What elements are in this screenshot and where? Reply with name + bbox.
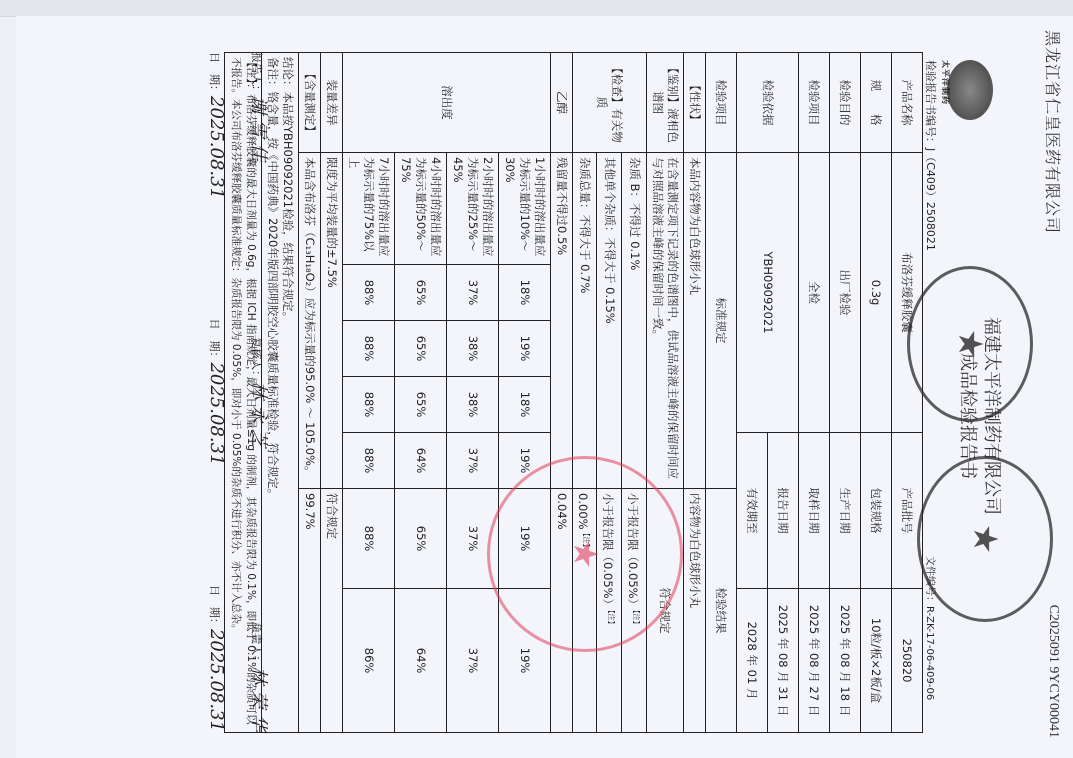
dissolution-value: 88% (342, 377, 394, 433)
report-date: 2025 年 08 月 31 日 (768, 589, 799, 733)
scan-edge (0, 0, 1073, 17)
dissolution-value: 88% (342, 433, 394, 489)
reviewer-date: 日 期：2025.08.31 (206, 318, 227, 465)
standard-dissolution: 4小时时的溶出量应为标示量的50%～75% (394, 153, 446, 265)
reporter-label: 报告人： (250, 52, 263, 96)
label-report-date: 报告日期 (768, 433, 799, 589)
info-row: 检验项目 全检 取样日期 2025 年 08 月 27 日 (799, 53, 830, 733)
product-name: 布洛芬缓释胶囊 (892, 153, 923, 433)
label-purpose: 检验目的 (830, 53, 861, 153)
item-fill-variation: 装量差异 (320, 53, 342, 153)
dissolution-row: 2小时时的溶出量应为标示量的25%～45%37%38%38%37%37%37% (446, 53, 498, 733)
dissolution-value: 65% (394, 489, 446, 589)
reviewer-date-value: 2025.08.31 (206, 362, 227, 465)
col-standard: 标准规定 (706, 153, 737, 489)
reviewer-signature: 林 永 芝 (248, 381, 269, 446)
batch-number: 250820 (892, 589, 923, 733)
dissolution-value: 38% (446, 377, 498, 433)
dissolution-value: 37% (446, 265, 498, 321)
dissolution-row: 4小时时的溶出量应为标示量的50%～75%65%65%65%64%65%64% (394, 53, 446, 733)
result-appearance: 内容物为白色球形小丸 (684, 489, 706, 733)
item-assay: 【含量测定】 (298, 53, 320, 153)
date-label: 日 期： (208, 585, 221, 629)
standard-assay: 本品含布洛芬（C₁₃H₁₈O₂）应为标示量的95.0% ～ 105.0%。 (298, 153, 320, 489)
result-assay: 99.7% (298, 489, 320, 733)
date-row: 日 期：2025.08.31 日 期：2025.08.31 日 期：2025.0… (206, 52, 227, 732)
dissolution-rows: 溶出度1小时时的溶出量应为标示量的10%～30%18%19%18%19%19%1… (342, 53, 550, 733)
responsible-label: 负责人： (250, 623, 263, 667)
info-row: 规 格 0.3g 包装规格 10粒/板×2板/盒 (861, 53, 892, 733)
conclusion: 结论：本品按YBH09092021检验，结果符合规定。 (280, 57, 295, 728)
test-items: 全检 (799, 153, 830, 433)
dissolution-value: 88% (342, 265, 394, 321)
report-number-label: 检验报告书编号： (924, 60, 937, 148)
label-spec: 规 格 (861, 53, 892, 153)
table-row: 【鉴别】液相色谱图 在含量测定项下记录的色谱图中，供试品溶液主峰的保留时间应与对… (647, 53, 684, 733)
dissolution-value: 19% (498, 321, 550, 377)
item-dissolution: 溶出度 (342, 53, 550, 153)
info-row: 检验目的 出厂检验 生产日期 2025 年 08 月 18 日 (830, 53, 861, 733)
table-row: 【性状】 本品内容物为白色球形小丸 内容物为白色球形小丸 (684, 53, 706, 733)
standard-other-single: 其他单个杂质：不得大于 0.15% (597, 153, 622, 489)
distributor-header: 黑龙江省仁皇医药有限公司 (1042, 30, 1065, 234)
signature-block: 报告人：谢 雪 佳 复核人：林 永 芝 负责人：林 荣 华 日 期：2025.0… (186, 52, 273, 732)
package-spec: 10粒/板×2板/盒 (861, 589, 892, 733)
dissolution-value: 88% (342, 489, 394, 589)
table-row: 【含量测定】 本品含布洛芬（C₁₃H₁₈O₂）应为标示量的95.0% ～ 105… (298, 53, 320, 733)
responsible-date: 日 期：2025.08.31 (206, 585, 227, 732)
dissolution-value: 65% (394, 321, 446, 377)
dissolution-value: 65% (394, 377, 446, 433)
column-header-row: 检验项目 标准规定 检验结果 (706, 53, 737, 733)
info-row: 产品名称 布洛芬缓释胶囊 产品批号 250820 (892, 53, 923, 733)
report-number: 检验报告书编号：J（C409）2508021 (923, 60, 939, 251)
reviewer-label: 复核人： (250, 337, 263, 381)
dissolution-value: 37% (446, 433, 498, 489)
reporter: 报告人：谢 雪 佳 (247, 52, 273, 161)
date-label: 日 期： (208, 318, 221, 362)
reporter-date-value: 2025.08.31 (206, 96, 227, 199)
label-items: 检验项目 (799, 53, 830, 153)
brand-name: 太平洋制药 (940, 60, 951, 105)
standard-total-impurity: 杂质总量：不得大于 0.7% (572, 153, 597, 489)
item-ethanol: 乙醇 (550, 53, 572, 153)
item-appearance: 【性状】 (684, 53, 706, 153)
label-batch: 产品批号 (892, 433, 923, 589)
dissolution-row: 7小时时的溶出量应为标示量的75%以上88%88%88%88%88%86% (342, 53, 394, 733)
purpose: 出厂检验 (830, 153, 861, 433)
file-number-value: R-ZK-17-06-409-06 (924, 606, 935, 700)
expiry-date: 2028 年 01 月 (737, 589, 768, 733)
dissolution-value: 64% (394, 589, 446, 733)
reporter-date: 日 期：2025.08.31 (206, 52, 227, 199)
signature-row: 报告人：谢 雪 佳 复核人：林 永 芝 负责人：林 荣 华 (247, 52, 273, 732)
standard-fill-variation: 限度为平均装量的±7.5% (320, 153, 342, 489)
label-production-date: 生产日期 (830, 433, 861, 589)
scan-document-code: C2025091 9YCY00041 (1045, 605, 1061, 738)
dissolution-value: 88% (342, 321, 394, 377)
date-label: 日 期： (208, 52, 221, 96)
dissolution-value: 64% (394, 433, 446, 489)
report-number-value: J（C409）2508021 (924, 148, 937, 251)
label-product-name: 产品名称 (892, 53, 923, 153)
label-sample-date: 取样日期 (799, 433, 830, 589)
dissolution-value: 38% (446, 321, 498, 377)
production-date: 2025 年 08 月 18 日 (830, 589, 861, 733)
standard-identification: 在含量测定项下记录的色谱图中，供试品溶液主峰的保留时间应与对照品溶液主峰的保留时… (647, 153, 684, 489)
result-fill-variation: 符合规定 (320, 489, 342, 733)
sample-date: 2025 年 08 月 27 日 (799, 589, 830, 733)
dissolution-value: 18% (498, 265, 550, 321)
responsible-signature: 林 荣 华 (248, 667, 269, 732)
distributor-stamp-icon: ★ (487, 456, 683, 652)
label-expiry: 有效期至 (737, 433, 768, 589)
dissolution-value: 37% (446, 589, 498, 733)
standard-dissolution: 7小时时的溶出量应为标示量的75%以上 (342, 153, 394, 265)
reviewer: 复核人：林 永 芝 (247, 337, 273, 446)
test-basis: YBH09092021 (737, 153, 799, 433)
standard-dissolution: 2小时时的溶出量应为标示量的25%～45% (446, 153, 498, 265)
label-package: 包装规格 (861, 433, 892, 589)
standard-impurity-b: 杂质 B：不得过 0.1% (622, 153, 647, 489)
spec: 0.3g (861, 153, 892, 433)
item-related-substances: 【检查】有关物质 (572, 53, 646, 153)
col-result: 检验结果 (706, 489, 737, 733)
responsible-date-value: 2025.08.31 (206, 629, 227, 732)
standard-appearance: 本品内容物为白色球形小丸 (684, 153, 706, 489)
company-logo-icon (947, 60, 993, 120)
dissolution-value: 86% (342, 589, 394, 733)
inspection-stamp-icon: ★ (917, 456, 1053, 622)
inspection-report-page: 黑龙江省仁皇医药有限公司 C2025091 9YCY00041 太平洋制药 检验… (16, 16, 1073, 758)
label-basis: 检验依据 (737, 53, 799, 153)
responsible: 负责人：林 荣 华 (247, 623, 273, 732)
table-row: 装量差异 限度为平均装量的±7.5% 符合规定 (320, 53, 342, 733)
info-row: 检验依据 YBH09092021 报告日期 2025 年 08 月 31 日 (768, 53, 799, 733)
standard-dissolution: 1小时时的溶出量应为标示量的10%～30% (498, 153, 550, 265)
col-item: 检验项目 (706, 53, 737, 153)
company-stamp-icon: ★ (907, 266, 1033, 422)
standard-ethanol: 残留量不得过0.5% (550, 153, 572, 489)
dissolution-value: 18% (498, 377, 550, 433)
reporter-signature: 谢 雪 佳 (248, 96, 269, 161)
dissolution-value: 65% (394, 265, 446, 321)
item-identification: 【鉴别】液相色谱图 (647, 53, 684, 153)
